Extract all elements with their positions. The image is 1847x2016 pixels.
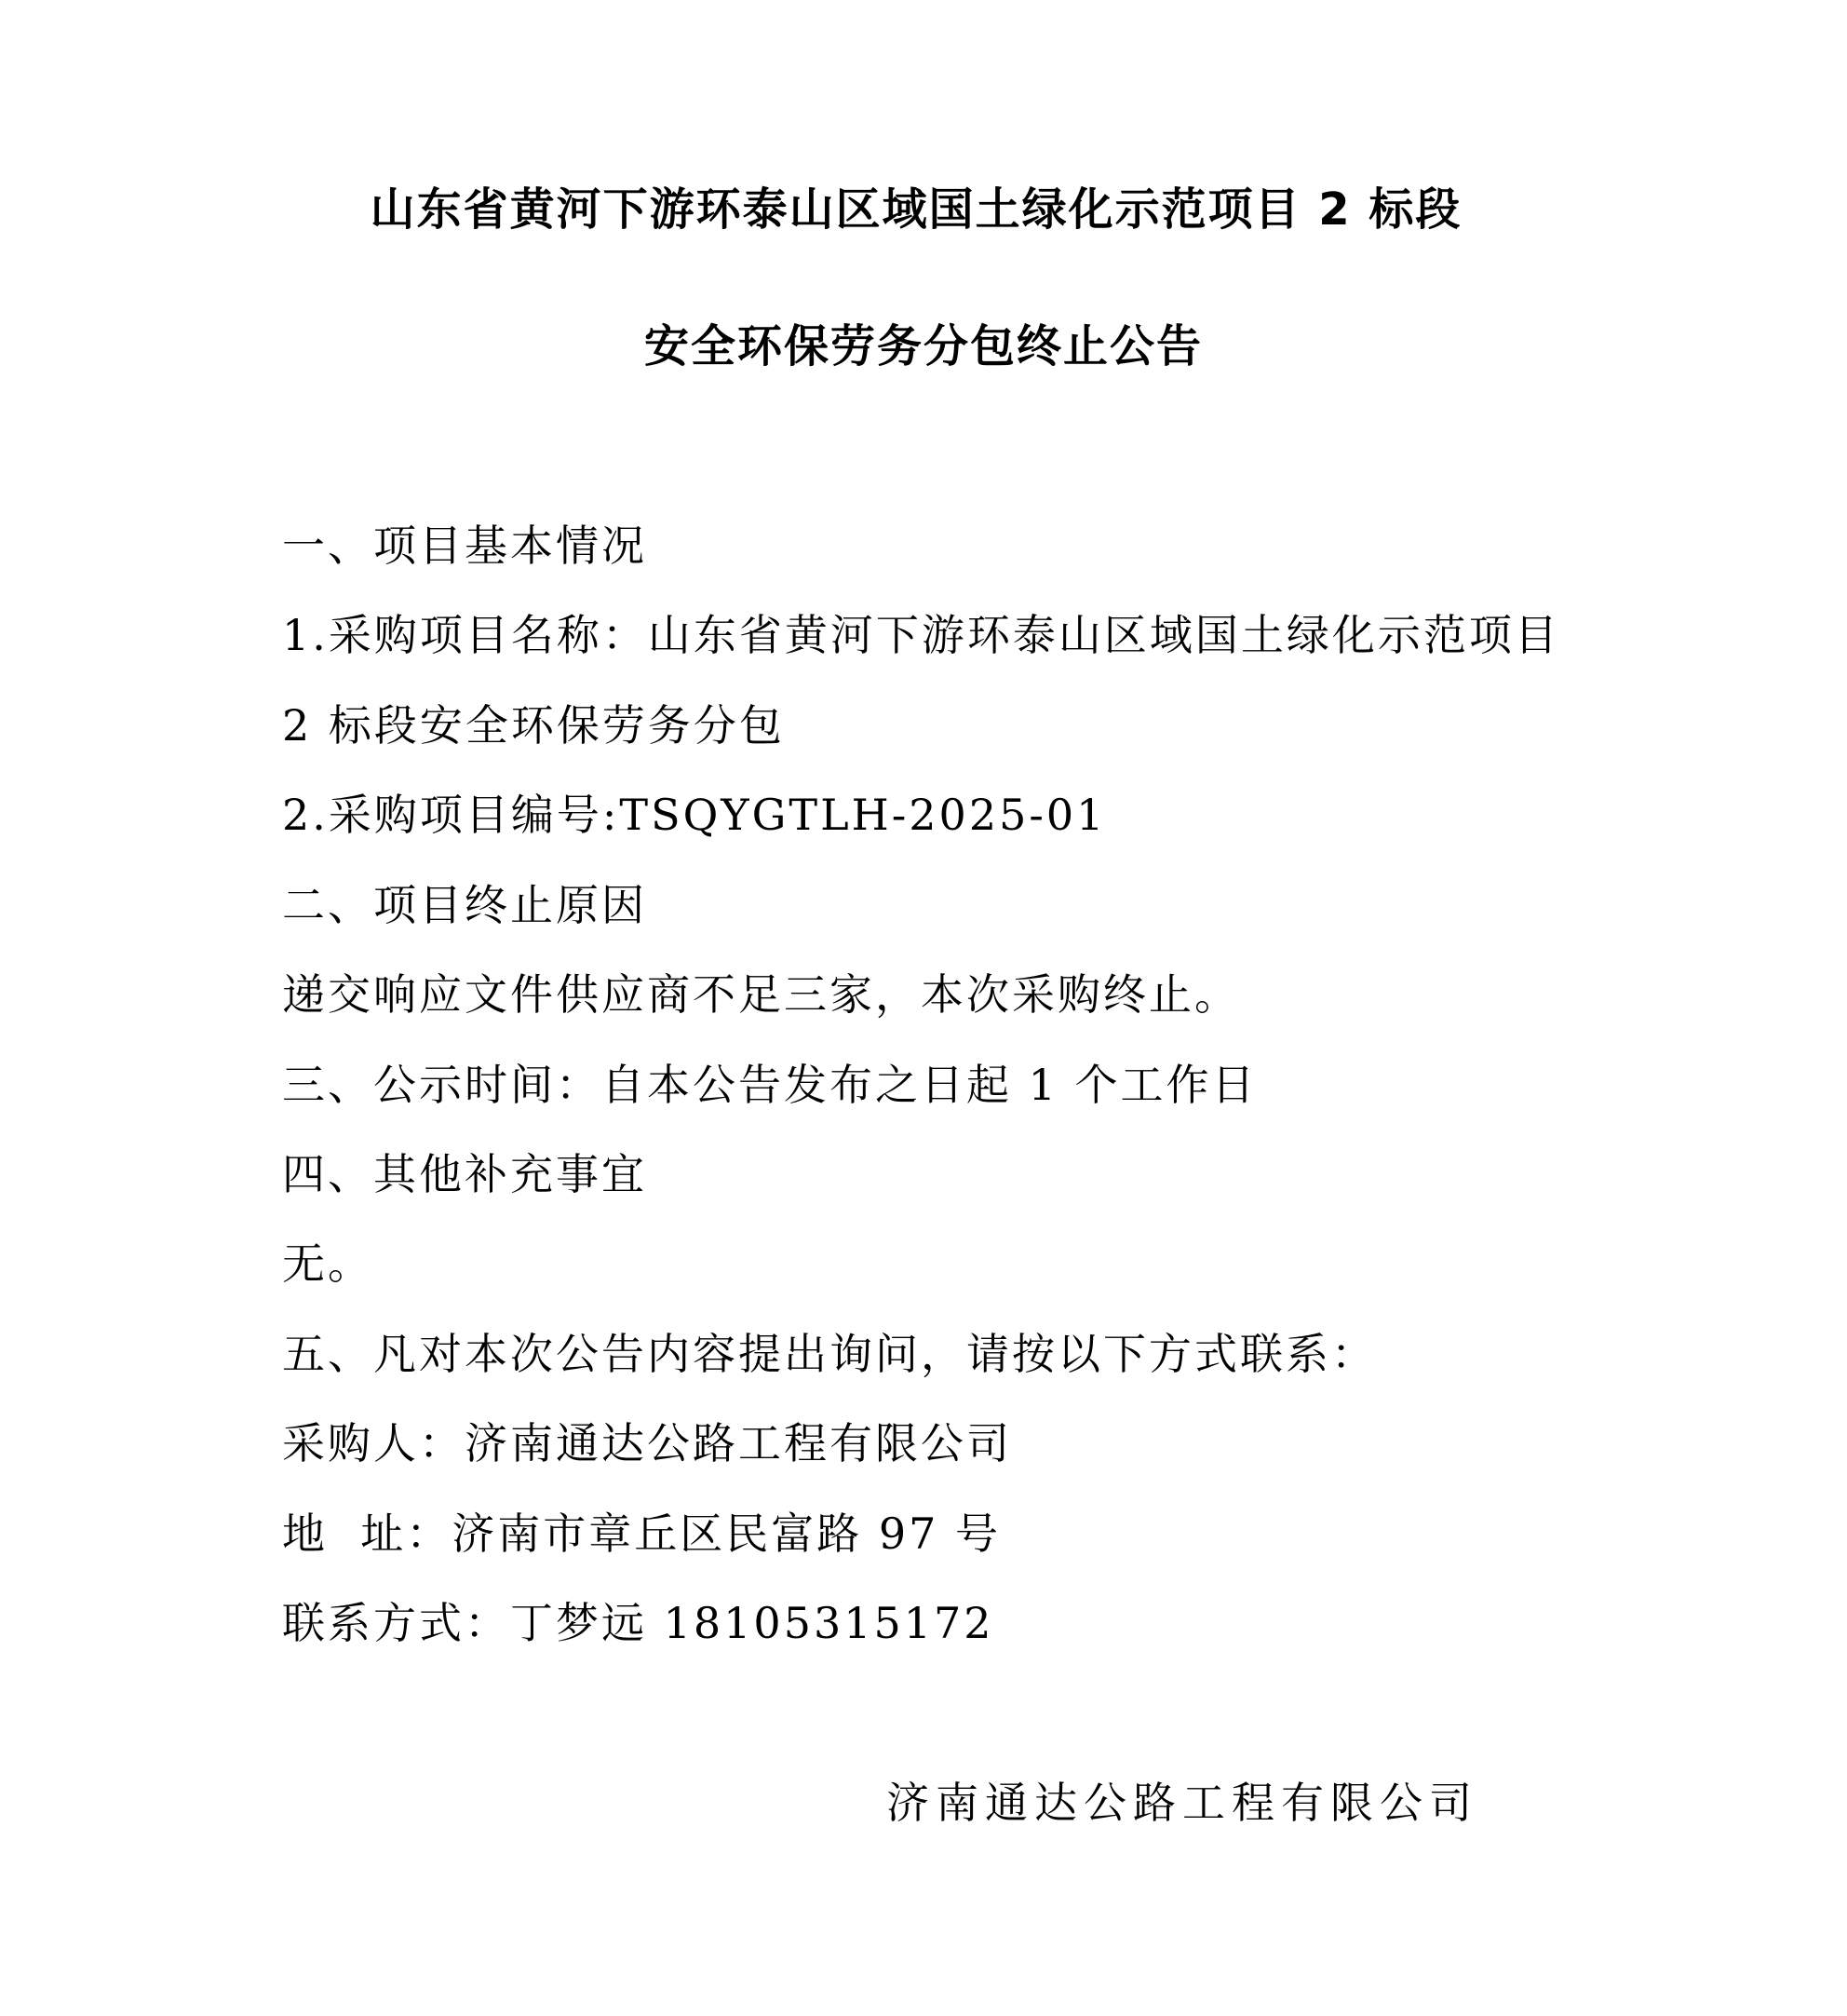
- document-title-line-2: 安全环保劳务分包终止公告: [0, 318, 1847, 374]
- signature-company: 济南通达公路工程有限公司: [886, 1777, 1478, 1829]
- section-heading-termination-reason: 二、项目终止原因: [282, 879, 647, 931]
- section-heading-basic-info: 一、项目基本情况: [282, 520, 647, 572]
- project-name-continued: 2 标段安全环保劳务分包: [282, 699, 785, 751]
- project-number-line: 2.采购项目编号:TSQYGTLH-2025-01: [282, 789, 1106, 841]
- other-matters-text: 无。: [282, 1238, 373, 1290]
- document-title-line-1: 山东省黄河下游环泰山区域国土绿化示范项目 2 标段: [0, 182, 1840, 237]
- project-name-line: 1.采购项目名称：山东省黄河下游环泰山区域国土绿化示范项目: [282, 609, 1560, 661]
- termination-reason-text: 递交响应文件供应商不足三家，本次采购终止。: [282, 968, 1240, 1021]
- section-heading-contact: 五、凡对本次公告内容提出询问，请按以下方式联系：: [282, 1328, 1377, 1380]
- section-heading-other-matters: 四、其他补充事宜: [282, 1148, 647, 1200]
- purchaser-line: 采购人：济南通达公路工程有限公司: [282, 1417, 1012, 1469]
- section-heading-notice-period: 三、公示时间：自本公告发布之日起 1 个工作日: [282, 1059, 1258, 1111]
- address-line: 地 址：济南市章丘区民富路 97 号: [282, 1508, 1001, 1560]
- contact-line: 联系方式：丁梦远 18105315172: [282, 1597, 994, 1649]
